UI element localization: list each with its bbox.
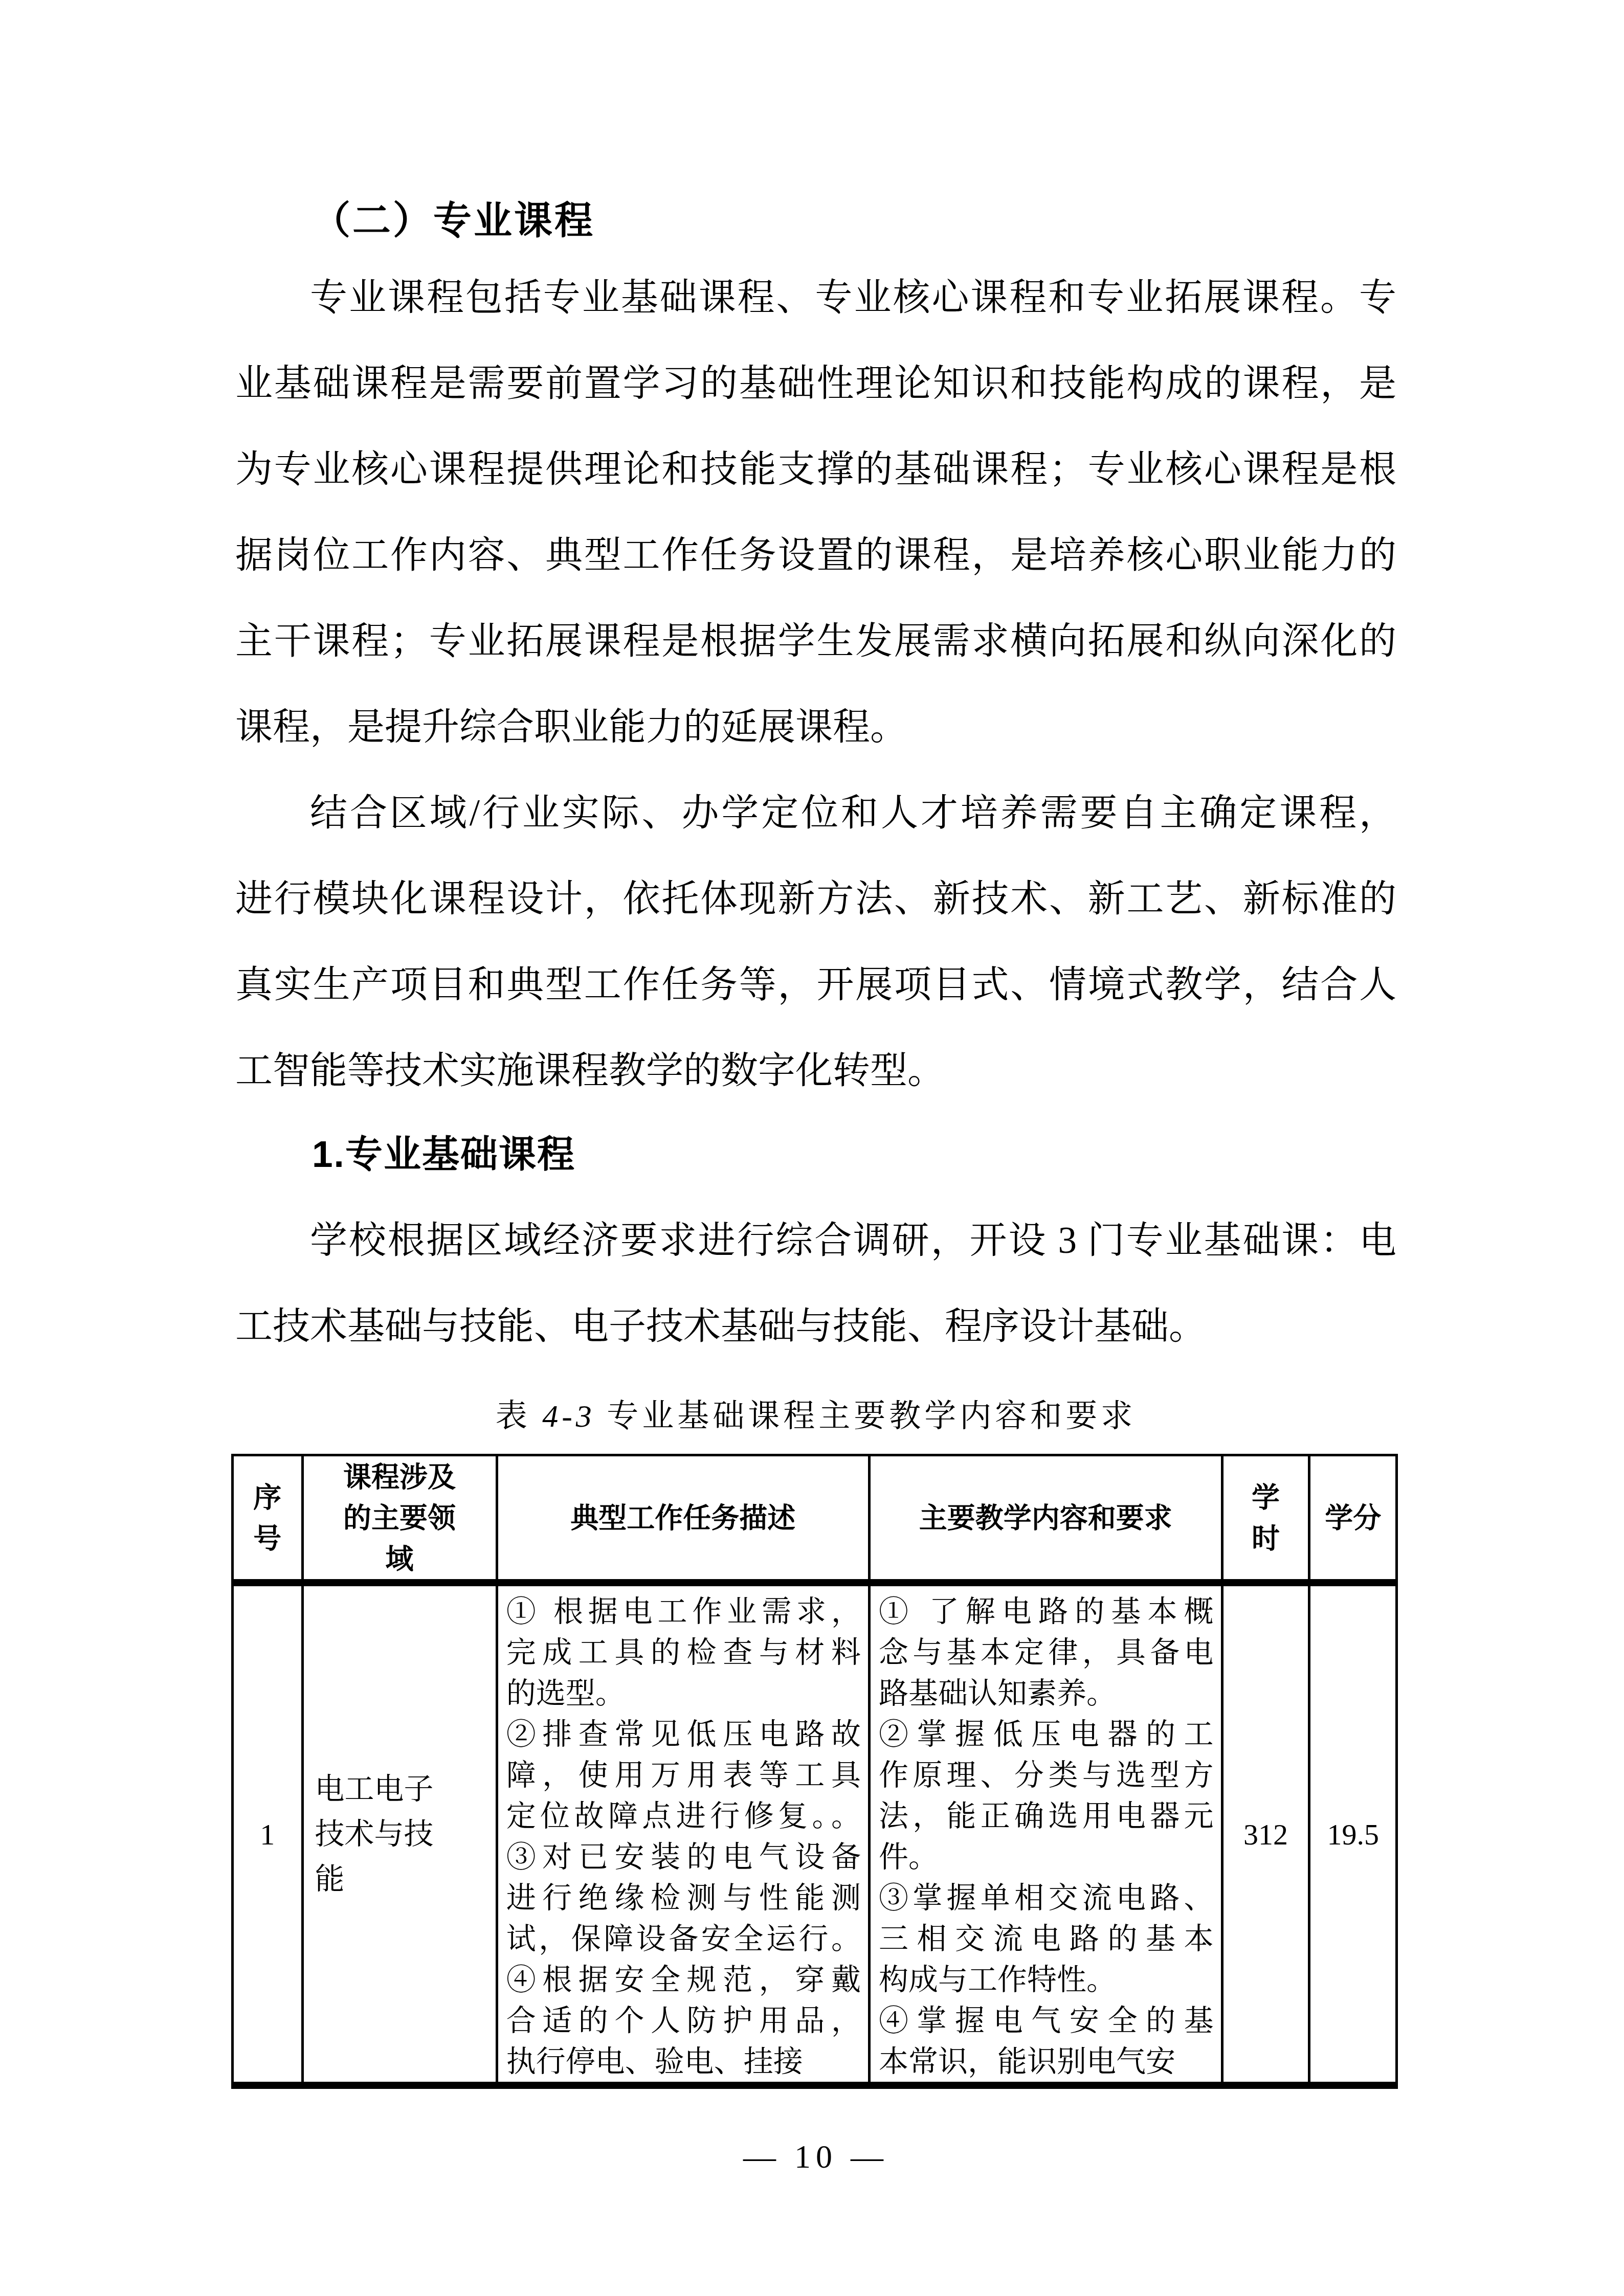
- document-page: （二）专业课程 专业课程包括专业基础课程、专业核心课程和专业拓展课程。专业基础课…: [0, 0, 1624, 2296]
- subsection-heading: 1.专业基础课程: [235, 1112, 1396, 1198]
- courses-table-clip: 序 号 课程涉及 的主要领 域 典型工作任务描述 主要教学内容和要求 学 时 学…: [231, 1454, 1398, 2089]
- header-cell-content: 主要教学内容和要求: [869, 1455, 1222, 1583]
- table-caption: 表 4-3 专业基础课程主要教学内容和要求: [235, 1381, 1396, 1452]
- page-number: — 10 —: [235, 2132, 1396, 2181]
- paragraph-basic-courses: 学校根据区域经济要求进行综合调研，开设 3 门专业基础课：电工技术基础与技能、电…: [235, 1198, 1396, 1369]
- paragraph-course-design: 结合区域/行业实际、办学定位和人才培养需要自主确定课程，进行模块化课程设计，依托…: [235, 770, 1396, 1114]
- header-cell-no: 序 号: [233, 1455, 303, 1583]
- cell-course-area: 电工电子 技术与技 能: [302, 1583, 497, 2084]
- header-cell-credits: 学分: [1309, 1455, 1397, 1583]
- cell-row-number: 1: [233, 1583, 303, 2084]
- table-row: 1 电工电子 技术与技 能 ① 根据电工作业需求，完成工具的检查与材料的选型。②…: [233, 1583, 1397, 2084]
- cell-credits: 19.5: [1309, 1583, 1397, 2084]
- cell-class-hours: 312: [1222, 1583, 1309, 2084]
- paragraph-course-overview: 专业课程包括专业基础课程、专业核心课程和专业拓展课程。专业基础课程是需要前置学习…: [235, 255, 1396, 770]
- table-header-row: 序 号 课程涉及 的主要领 域 典型工作任务描述 主要教学内容和要求 学 时 学…: [233, 1455, 1397, 1583]
- header-cell-area: 课程涉及 的主要领 域: [302, 1455, 497, 1583]
- courses-table: 序 号 课程涉及 的主要领 域 典型工作任务描述 主要教学内容和要求 学 时 学…: [231, 1454, 1398, 2085]
- section-heading: （二）专业课程: [235, 190, 1396, 251]
- cell-teaching-content: ① 了解电路的基本概念与基本定律，具备电路基础认知素养。②掌握低压电器的工作原理…: [869, 1583, 1222, 2084]
- header-cell-tasks: 典型工作任务描述: [497, 1455, 869, 1583]
- cell-typical-tasks: ① 根据电工作业需求，完成工具的检查与材料的选型。②排查常见低压电路故障，使用万…: [497, 1583, 869, 2084]
- header-cell-hours: 学 时: [1222, 1455, 1309, 1583]
